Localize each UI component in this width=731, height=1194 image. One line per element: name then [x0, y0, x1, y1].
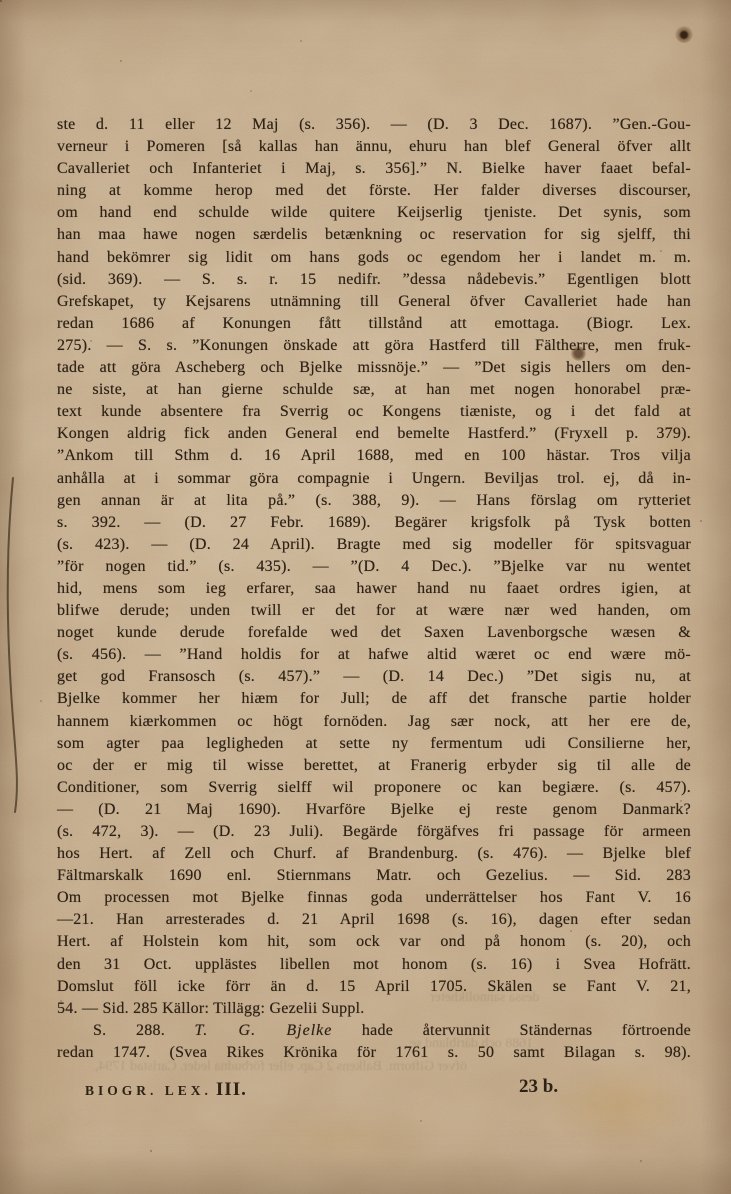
text-line: Domslut föll icke förr än d. 15 April 17… — [57, 976, 691, 998]
text-line: S. 288. T. G. Bjelke hade återvunnit Stä… — [57, 1020, 691, 1042]
text-line: s. 392. — (D. 27 Febr. 1689). Begärer kr… — [57, 512, 691, 534]
text-line: den 31 Oct. upplästes libellen mot honom… — [57, 954, 691, 976]
text-line: som agter paa legligheden at sette ny fe… — [57, 733, 691, 755]
text-segment: hade återvunnit Ständernas förtroende — [332, 1022, 691, 1039]
text-line: Grefskapet, ty Kejsarens utnämning till … — [57, 291, 691, 313]
text-line: Hert. af Holstein kom hit, som ock var o… — [57, 931, 691, 953]
text-line: Fältmarskalk 1690 enl. Stiernmans Matr. … — [57, 865, 691, 887]
text-line: Conditioner, som Sverrig sielff wil prop… — [57, 777, 691, 799]
text-line: ne siste, at han gierne schulde sæ, at h… — [57, 379, 691, 401]
text-line: anhålla at i sommar göra compagnie i Ung… — [57, 468, 691, 490]
text-line: (sid. 369). — S. s. r. 15 nedifr. ”dessa… — [57, 269, 691, 291]
text-line: (s. 472, 3). — (D. 23 Juli). Begärde för… — [57, 821, 691, 843]
page: ste d. 11 eller 12 Maj (s. 356). — (D. 3… — [0, 0, 731, 1194]
text-line: oc der er mig til wisse berettet, at Fra… — [57, 755, 691, 777]
page-text: ste d. 11 eller 12 Maj (s. 356). — (D. 3… — [57, 114, 691, 1064]
ink-spot — [675, 25, 693, 43]
text-line: get god Fransosch (s. 457).” — (D. 14 De… — [57, 666, 691, 688]
text-line: 275). — S. s. ”Konungen önskade att göra… — [57, 335, 691, 357]
text-line: blifwe derude; unden twill er det for at… — [57, 600, 691, 622]
text-line: hos Hert. af Zell och Churf. af Brandenb… — [57, 843, 691, 865]
signature-series: BIOGR. LEX. — [85, 1083, 212, 1098]
page-footer: BIOGR. LEX. III. 23 b. — [0, 1076, 731, 1106]
paper-specks — [0, 0, 2, 2]
text-line: hid, mens som ieg erfarer, saa hawer han… — [57, 578, 691, 600]
text-line: han maa hawe nogen særdelis betænkning o… — [57, 224, 691, 246]
text-line: Bjelke kommer her hiæm for Jull; de aff … — [57, 688, 691, 710]
text-segment: S. 288. — [93, 1022, 195, 1039]
text-line: redan 1686 af Konungen fått tillstånd at… — [57, 313, 691, 335]
text-line: ste d. 11 eller 12 Maj (s. 356). — (D. 3… — [57, 114, 691, 136]
text-line: (s. 456). — ”Hand holdis for at hafwe al… — [57, 644, 691, 666]
text-line: Om processen mot Bjelke finnas goda unde… — [57, 887, 691, 909]
text-line: ”Ankom till Sthm d. 16 April 1688, med e… — [57, 445, 691, 467]
text-line: (s. 423). — (D. 24 April). Bragte med si… — [57, 534, 691, 556]
text-line: tade att göra Ascheberg och Bjelke missn… — [57, 357, 691, 379]
age-stain — [240, 1100, 440, 1180]
text-line: redan 1747. (Svea Rikes Krönika för 1761… — [57, 1042, 691, 1064]
page-edge-crease — [0, 0, 40, 1194]
person-name-italic: T. G. Bjelke — [195, 1022, 333, 1039]
sheet-number: 23 b. — [519, 1076, 558, 1098]
text-line: Cavalleriet och Infanteriet i Maj, s. 35… — [57, 158, 691, 180]
text-line: ning at komme herop med det förste. Her … — [57, 180, 691, 202]
text-line: text kunde absentere fra Sverrig oc Kong… — [57, 401, 691, 423]
text-line: om hand end schulde wilde quitere Keijse… — [57, 202, 691, 224]
text-line: Kongen aldrig fick anden General end bem… — [57, 423, 691, 445]
text-line: hannem kiærkommen oc högt fornöden. Jag … — [57, 711, 691, 733]
text-line: 54. — Sid. 285 Källor: Tillägg: Gezelii … — [57, 998, 691, 1020]
signature-mark: BIOGR. LEX. III. — [85, 1079, 247, 1101]
text-line: — (D. 21 Maj 1690). Hvarföre Bjelke ej r… — [57, 799, 691, 821]
text-line: —21. Han arresterades d. 21 April 1698 (… — [57, 909, 691, 931]
text-line: gen annan är at lita på.” (s. 388, 9). —… — [57, 490, 691, 512]
signature-volume: III. — [216, 1079, 247, 1100]
text-line: verneur i Pomeren [så kallas han ännu, e… — [57, 136, 691, 158]
text-line: hand bekömrer sig lidit om hans gods oc … — [57, 247, 691, 269]
text-line: ”för nogen tid.” (s. 435). — ”(D. 4 Dec.… — [57, 556, 691, 578]
text-line: noget kunde derude forefalde wed det Sax… — [57, 622, 691, 644]
